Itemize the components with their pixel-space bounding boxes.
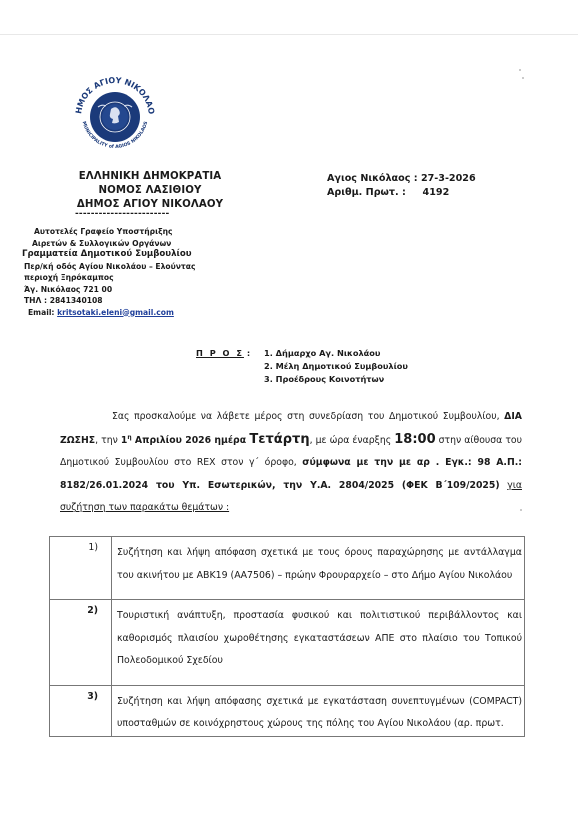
- body-text: Σας προσκαλούμε να λάβετε μέρος στη συνε…: [112, 411, 504, 422]
- office-title: Γραμματεία Δημοτικού Συμβουλίου: [22, 249, 195, 261]
- topic-number: 3): [50, 685, 112, 736]
- recipient-item: 3. Προέδρους Κοινοτήτων: [264, 373, 464, 386]
- scan-speck: [522, 77, 524, 79]
- issuer-header: ΕΛΛΗΝΙΚΗ ΔΗΜΟΚΡΑΤΙΑ ΝΟΜΟΣ ΛΑΣΙΘΙΟΥ ΔΗΜΟΣ…: [40, 170, 260, 212]
- page-edge-line: [0, 34, 578, 35]
- invitation-paragraph: Σας προσκαλούμε να λάβετε μέρος στη συνε…: [60, 406, 522, 520]
- place-date: Αγιος Νικόλαος : 27-3-2026: [327, 172, 476, 186]
- meeting-time: 18:00: [394, 432, 435, 447]
- address-area: περιοχή Ξηρόκαμπος: [22, 272, 195, 284]
- recipients-colon: :: [244, 348, 250, 358]
- meeting-date: Απριλίου 2026 ημέρα: [132, 435, 250, 446]
- recipient-item: 2. Μέλη Δημοτικού Συμβουλίου: [264, 360, 464, 373]
- body-text: , την: [95, 435, 121, 446]
- country-name: ΕΛΛΗΝΙΚΗ ΔΗΜΟΚΡΑΤΙΑ: [40, 170, 260, 184]
- prefecture-name: ΝΟΜΟΣ ΛΑΣΙΘΙΟΥ: [40, 184, 260, 198]
- agenda-table: 1) Συζήτηση και λήψη απόφαση σχετικά με …: [49, 536, 525, 737]
- address-city: Άγ. Νικόλαος 721 00: [22, 284, 195, 296]
- address-street: Περ/κή οδός Αγίου Νικολάου – Ελούντας: [22, 261, 195, 273]
- table-row: 2) Τουριστική ανάπτυξη, προστασία φυσικο…: [50, 600, 525, 686]
- municipality-seal-icon: ΔΗΜΟΣ ΑΓΙΟΥ ΝΙΚΟΛΑΟΥ MUNICIPALITY of AGI…: [71, 71, 159, 159]
- office-line: Αυτοτελές Γραφείο Υποστήριξης: [22, 226, 195, 238]
- recipient-item: 1. Δήμαρχο Αγ. Νικολάου: [264, 347, 464, 360]
- recipients-label: Π Ρ Ο Σ: [196, 348, 244, 358]
- office-address-block: Αυτοτελές Γραφείο Υποστήριξης Αιρετών & …: [22, 226, 195, 318]
- meeting-weekday: Τετάρτη: [249, 432, 309, 447]
- topic-text: Τουριστική ανάπτυξη, προστασία φυσικού κ…: [112, 600, 525, 686]
- table-row: 1) Συζήτηση και λήψη απόφαση σχετικά με …: [50, 537, 525, 600]
- topic-text: Συζήτηση και λήψη απόφασης σχετικά με εγ…: [112, 685, 525, 736]
- email-row: Email: kritsotaki.eleni@gmail.com: [22, 307, 195, 319]
- topic-number: 1): [50, 537, 112, 600]
- email-link[interactable]: kritsotaki.eleni@gmail.com: [57, 308, 174, 317]
- document-meta: Αγιος Νικόλαος : 27-3-2026 Αριθμ. Πρωτ. …: [327, 172, 476, 200]
- header-separator: ------------------------: [75, 209, 169, 219]
- recipients-list: 1. Δήμαρχο Αγ. Νικολάου 2. Μέλη Δημοτικο…: [264, 347, 464, 386]
- phone-number: ΤΗΛ : 2841340108: [22, 295, 195, 307]
- topic-number: 2): [50, 600, 112, 686]
- email-label: Email:: [28, 308, 57, 317]
- protocol-number: Αριθμ. Πρωτ. : 4192: [327, 186, 476, 200]
- topic-text: Συζήτηση και λήψη απόφαση σχετικά με του…: [112, 537, 525, 600]
- table-row: 3) Συζήτηση και λήψη απόφασης σχετικά με…: [50, 685, 525, 736]
- body-text: , με ώρα έναρξης: [310, 435, 395, 446]
- scan-speck: [519, 69, 521, 71]
- office-line: Αιρετών & Συλλογικών Οργάνων: [22, 238, 195, 250]
